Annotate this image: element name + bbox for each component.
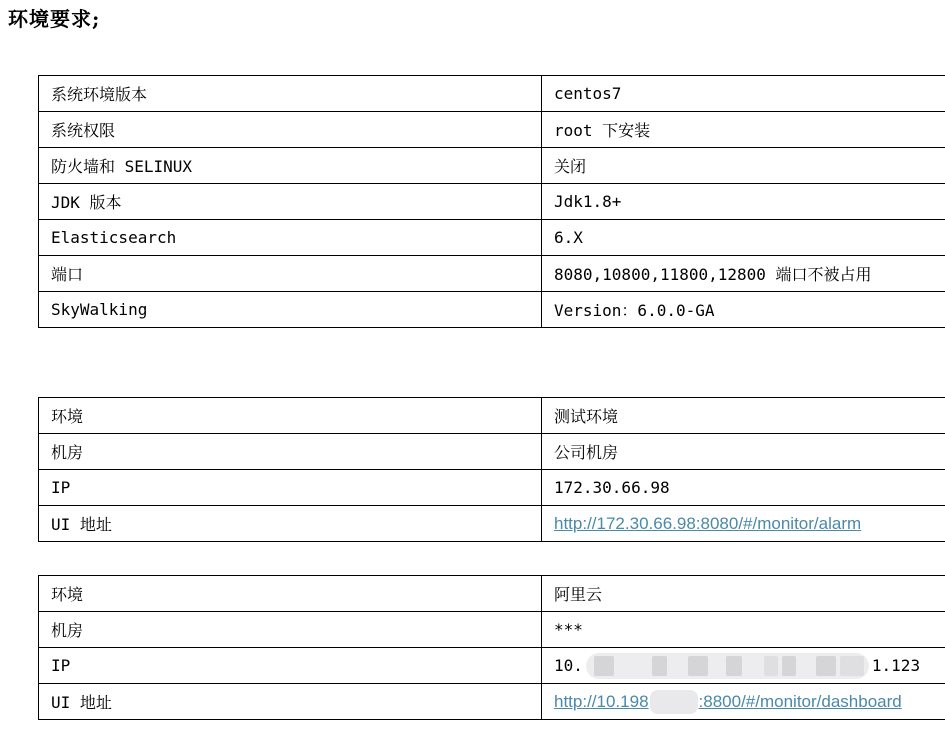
row-label: 机房 <box>39 612 542 648</box>
row-value: 8080,10800,11800,12800 端口不被占用 <box>542 256 945 292</box>
row-value: *** <box>542 612 945 648</box>
table-row: IP 172.30.66.98 <box>39 470 945 506</box>
row-value: root 下安装 <box>542 112 945 148</box>
row-value: Version：6.0.0-GA <box>542 292 945 328</box>
redaction-block <box>764 656 778 676</box>
table-row: 系统环境版本 centos7 <box>39 76 945 112</box>
table-row: SkyWalking Version：6.0.0-GA <box>39 292 945 328</box>
page-title: 环境要求; <box>8 3 100 32</box>
redaction-block <box>652 656 667 676</box>
table-row: 机房 公司机房 <box>39 434 945 470</box>
row-value: 6.X <box>542 220 945 256</box>
row-label: 端口 <box>39 256 542 292</box>
redaction-block <box>594 656 614 676</box>
redaction-block <box>840 656 864 676</box>
row-label: UI 地址 <box>39 506 542 542</box>
row-value: 172.30.66.98 <box>542 470 945 506</box>
row-value: Jdk1.8+ <box>542 184 945 220</box>
row-label: SkyWalking <box>39 292 542 328</box>
row-value: http://172.30.66.98:8080/#/monitor/alarm <box>542 506 945 542</box>
row-label: 机房 <box>39 434 542 470</box>
link-prefix: http://10.198 <box>554 692 649 711</box>
table-row: 端口 8080,10800,11800,12800 端口不被占用 <box>39 256 945 292</box>
row-label: UI 地址 <box>39 684 542 720</box>
row-label: 防火墙和 SELINUX <box>39 148 542 184</box>
table-row: 系统权限 root 下安装 <box>39 112 945 148</box>
row-value: 阿里云 <box>542 576 945 612</box>
row-label: JDK 版本 <box>39 184 542 220</box>
row-label: 系统权限 <box>39 112 542 148</box>
table-row: IP 10. 1.123 <box>39 648 945 684</box>
row-label: 环境 <box>39 398 542 434</box>
row-label: IP <box>39 648 542 684</box>
test-env-ui-link[interactable]: http://172.30.66.98:8080/#/monitor/alarm <box>554 514 861 533</box>
redaction-block <box>726 656 742 676</box>
table-row: UI 地址 http://172.30.66.98:8080/#/monitor… <box>39 506 945 542</box>
row-value: 关闭 <box>542 148 945 184</box>
row-label: IP <box>39 470 542 506</box>
row-value: 10. 1.123 <box>542 648 945 684</box>
link-suffix: :8800/#/monitor/dashboard <box>699 692 902 711</box>
row-value: 测试环境 <box>542 398 945 434</box>
table-row: 机房 *** <box>39 612 945 648</box>
test-env-table: 环境 测试环境 机房 公司机房 IP 172.30.66.98 UI 地址 ht… <box>38 397 945 542</box>
table-row: 环境 测试环境 <box>39 398 945 434</box>
table-row: Elasticsearch 6.X <box>39 220 945 256</box>
ip-prefix: 10. <box>554 656 583 675</box>
ip-suffix: 1.123 <box>872 656 920 675</box>
redacted-ip-value: 10. 1.123 <box>554 653 945 679</box>
table-row: UI 地址 http://10.198:8800/#/monitor/dashb… <box>39 684 945 720</box>
row-label: Elasticsearch <box>39 220 542 256</box>
redaction-block <box>688 656 708 676</box>
blur-patch <box>650 690 698 714</box>
row-value: 公司机房 <box>542 434 945 470</box>
row-label: 环境 <box>39 576 542 612</box>
requirements-table: 系统环境版本 centos7 系统权限 root 下安装 防火墙和 SELINU… <box>38 75 945 328</box>
aliyun-ui-link[interactable]: http://10.198:8800/#/monitor/dashboard <box>554 692 902 711</box>
redaction-block <box>782 656 796 676</box>
table-row: JDK 版本 Jdk1.8+ <box>39 184 945 220</box>
redaction-pill <box>586 653 869 679</box>
aliyun-env-table: 环境 阿里云 机房 *** IP 10. 1.123 UI 地址 http://… <box>38 575 945 720</box>
table-row: 环境 阿里云 <box>39 576 945 612</box>
row-label: 系统环境版本 <box>39 76 542 112</box>
table-row: 防火墙和 SELINUX 关闭 <box>39 148 945 184</box>
row-value: centos7 <box>542 76 945 112</box>
row-value: http://10.198:8800/#/monitor/dashboard <box>542 684 945 720</box>
redaction-block <box>816 656 836 676</box>
